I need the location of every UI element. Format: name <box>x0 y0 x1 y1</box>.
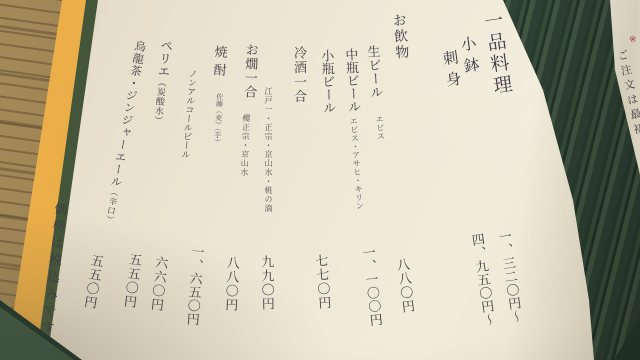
section-header-drinks: お飲物 <box>390 12 408 61</box>
item-name-small-bottle-beer: 小瓶ビール <box>320 49 335 114</box>
item-note-cold-sake: 江戸一・正宗・京山水・桃の滴 <box>264 87 272 213</box>
item-name-medium-bottle-beer: 中瓶ビール <box>344 48 360 114</box>
item-price-small-bottle-beer: 七七〇円 <box>314 254 331 311</box>
item-name-warm-sake: お燗一合 <box>243 43 258 99</box>
item-name-shochu: 焼酎 <box>212 45 227 82</box>
item-price-warm-sake: 八八〇円 <box>224 256 239 312</box>
item-name-draft-beer: 生ビール <box>366 45 383 100</box>
item-note-shochu: 佐藤（麦）（芋） <box>213 93 223 146</box>
item-price-cold-sake: 九九〇円 <box>260 255 274 311</box>
item-note-draft-beer: エビス <box>375 115 385 141</box>
reference-mark: ※ <box>628 34 639 46</box>
item-name-cold-sake: 冷酒一合 <box>293 46 306 104</box>
menu-photo: 一品料理 小鉢 刺身 一、三二〇円〜 四、九五〇円〜 お飲物 生ビール エビス … <box>0 0 640 360</box>
item-note-warm-sake: 櫻正宗・京山水 <box>240 114 250 177</box>
